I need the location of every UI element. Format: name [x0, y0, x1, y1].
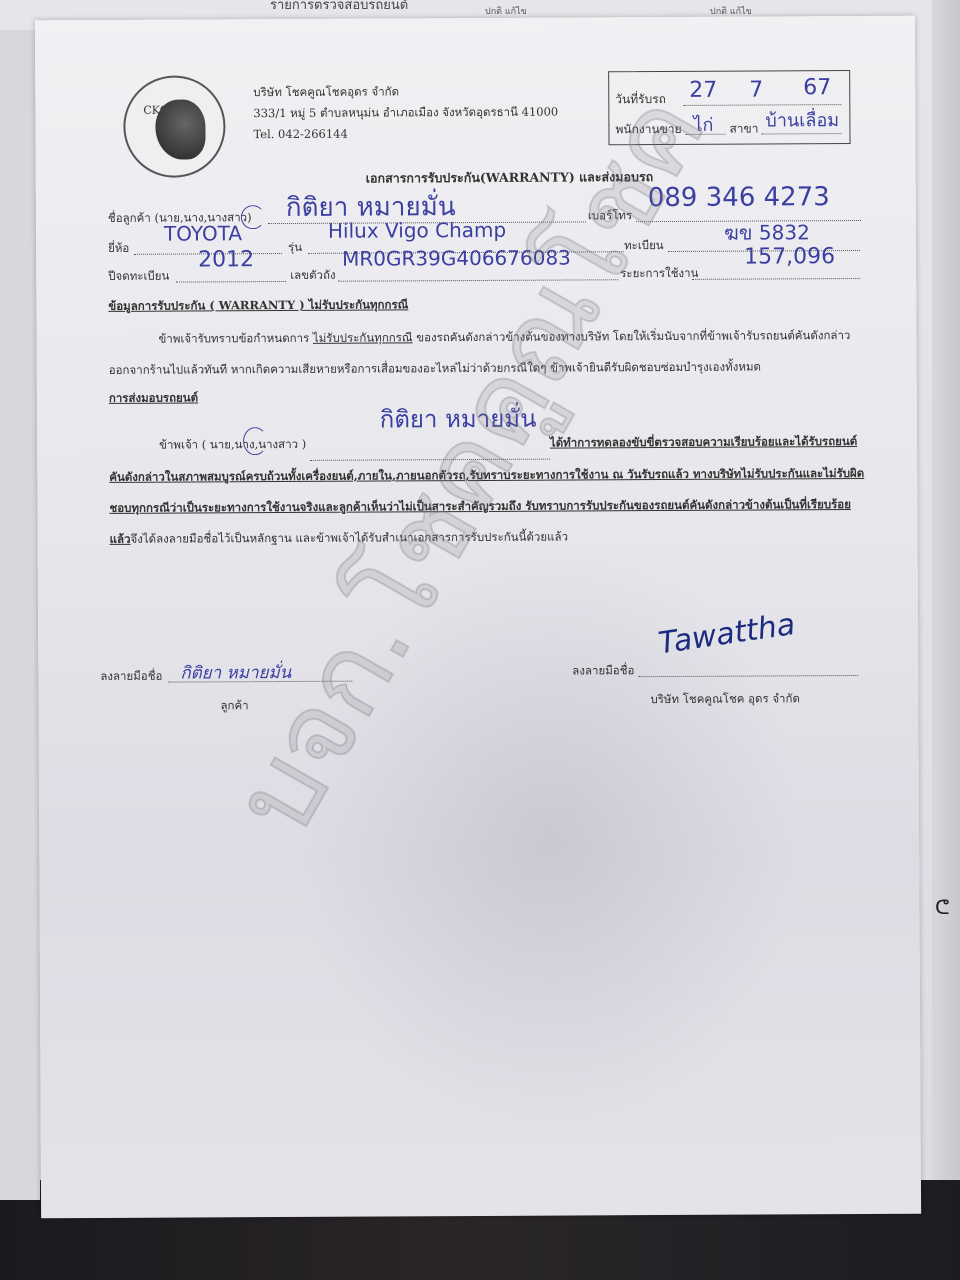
delivery-heading: การส่งมอบรถยนต์	[109, 389, 198, 407]
check-column-label: ปกติ แก้ไข	[485, 4, 527, 18]
selection-circle	[241, 205, 265, 229]
warranty-document: CKC บริษัท โชคคูณโชคอุดร จำกัด 333/1 หมู…	[35, 16, 921, 1219]
company-name: บริษัท โชคคูณโชคอุดร จำกัด	[253, 81, 558, 104]
delivery-lead: ข้าพเจ้า ( นาย,นาง,นางสาว )	[159, 437, 306, 452]
warranty-heading: ข้อมูลการรับประกัน ( WARRANTY ) ไม่รับปร…	[108, 296, 408, 316]
no-warranty-emphasis: ไม่รับประกันทุกกรณี	[313, 330, 413, 345]
mileage-value[interactable]: 157,096	[744, 244, 835, 269]
chassis-label: เลขตัวถัง	[290, 267, 335, 285]
mileage-line	[692, 278, 860, 280]
branch-value[interactable]: บ้านเลื่อม	[765, 105, 839, 134]
customer-sign-label: ลงลายมือชื่อ	[100, 668, 162, 686]
selection-circle	[243, 427, 267, 455]
right-page-scribble: ᕦ	[935, 895, 950, 919]
company-caption: บริษัท โชคคูณโชค อุดร จำกัด	[650, 690, 800, 709]
company-phone: Tel. 042-266144	[253, 123, 558, 146]
model-value[interactable]: Hilux Vigo Champ	[328, 218, 506, 243]
company-sign-label: ลงลายมือชื่อ	[572, 662, 634, 680]
company-address: 333/1 หมู่ 5 ตำบลหนุม่น อำเภอเมือง จังหว…	[253, 102, 558, 125]
pegasus-icon	[155, 99, 205, 159]
background-page-edge	[0, 30, 40, 1200]
brand-value[interactable]: TOYOTA	[164, 221, 242, 245]
reg-year-value[interactable]: 2012	[198, 247, 254, 272]
reg-year-line	[176, 281, 286, 283]
right-page-edge	[932, 0, 960, 1180]
date-year[interactable]: 67	[803, 75, 831, 100]
reg-year-label: ปีจดทะเบียน	[108, 268, 169, 286]
brand-label: ยี่ห้อ	[108, 240, 129, 258]
background-page-title: รายการตรวจสอบรถยนต์	[270, 0, 408, 15]
branch-label: สาขา	[729, 120, 758, 139]
date-month[interactable]: 7	[749, 77, 763, 102]
warranty-text: ข้าพเจ้ารับทราบข้อกำหนดการ	[159, 331, 313, 346]
company-logo: CKC	[123, 75, 226, 178]
date-day[interactable]: 27	[689, 78, 717, 103]
model-label: รุ่น	[288, 239, 302, 257]
company-info: บริษัท โชคคูณโชคอุดร จำกัด 333/1 หมู่ 5 …	[253, 81, 558, 146]
